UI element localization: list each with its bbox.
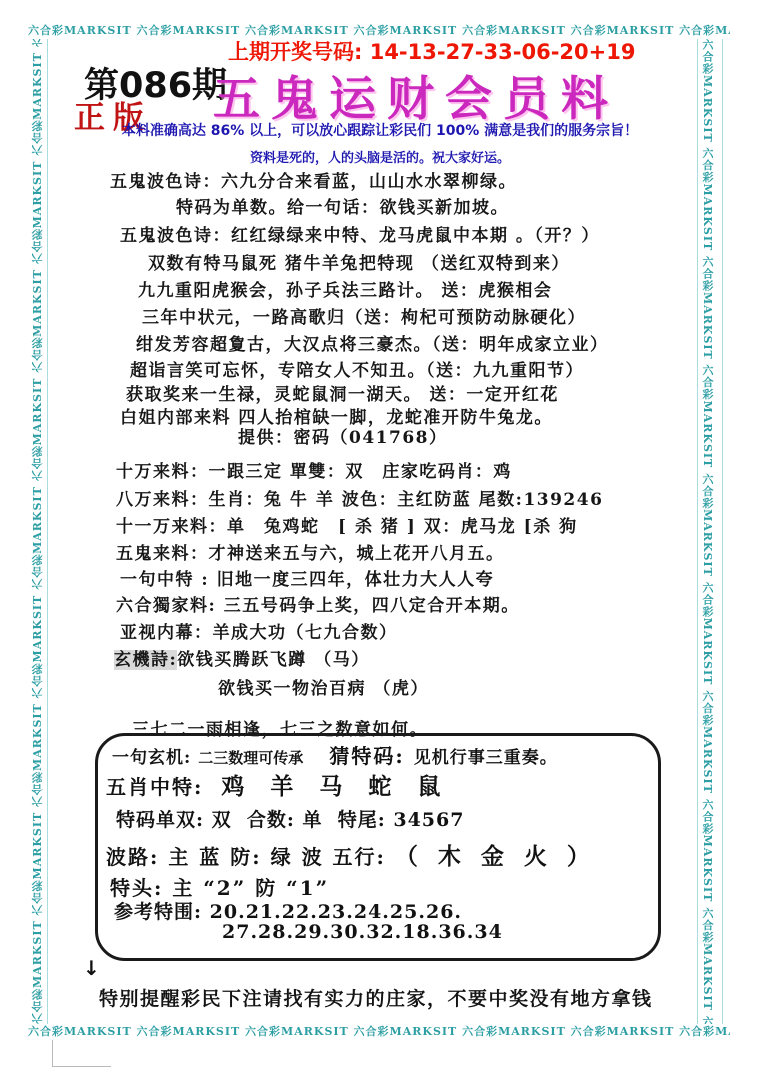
box-line-segment: 鸡 羊 马 蛇 鼠 <box>221 773 449 800</box>
box-line-segment: 20.21.22.23.24.25.26. <box>210 901 462 923</box>
outer-frame-line-right <box>722 39 723 1024</box>
box-line-segment: 特码单双: 双 合数: 单 特尾: 34567 <box>116 809 464 831</box>
box-line-segment: 参考特围: <box>114 901 210 923</box>
body-line-3: 五鬼波色诗：红红绿绿来中特、龙马虎鼠中本期 。（开？） <box>120 221 600 246</box>
body-line-17: 六合獨家料: 三五号码争上奖，四八定合开本期。 <box>116 591 520 616</box>
body-line-1: 五鬼波色诗：六九分合来看蓝，山山水水翠柳绿。 <box>110 167 517 192</box>
inner-frame-line-right <box>697 39 698 1024</box>
box-line-4: 波路: 主 蓝 防: 绿 波 五行: （ 木 金 火 ） <box>106 838 596 871</box>
body-line-19: 玄機詩:欲钱买腾跃飞蹲 （马） <box>114 645 370 670</box>
box-line-segment: 波路: 主 蓝 防: 绿 波 五行: <box>106 845 395 869</box>
box-line-3: 特码单双: 双 合数: 单 特尾: 34567 <box>116 805 464 832</box>
box-line-6: 参考特围: 20.21.22.23.24.25.26. <box>114 897 462 924</box>
down-arrow-icon: ↓ <box>83 956 100 980</box>
body-line-18: 亚视内幕：羊成大功（七九合数） <box>120 618 398 643</box>
box-line-2: 五肖中特: 鸡 羊 马 蛇 鼠 <box>106 768 449 801</box>
body-line-14: 十一万来料：单 兔鸡蛇 [ 杀 猪 ] 双：虎马龙 [杀 狗 <box>116 512 578 537</box>
box-line-1: 一句玄机: 二三数理可传承 猜特码: 见机行事三重奏。 <box>112 740 558 769</box>
box-line-segment: 五肖中特: <box>106 775 221 799</box>
body-line-8: 超诣言笑可忘怀，专陪女人不知丑。（送：九九重阳节） <box>130 356 584 381</box>
body-line-16: 一句中特 : 旧地一度三四年，体壮力大人人夸 <box>120 565 494 590</box>
body-line-13: 八万来料：生肖：兔 牛 羊 波色：主红防蓝 尾数:139246 <box>116 485 603 510</box>
border-left-marksit: 六合彩MARKSIT 六合彩MARKSIT 六合彩MARKSIT 六合彩MARK… <box>29 39 46 1024</box>
box-line-segment <box>303 749 329 767</box>
body-line-9: 获取奖来一生禄，灵蛇鼠洞一湖天。 送：一定开红花 <box>126 380 559 405</box>
lottery-sheet-page: 六合彩MARKSIT 六合彩MARKSIT 六合彩MARKSIT 六合彩MARK… <box>0 0 774 1083</box>
body-line-5: 九九重阳虎猴会，孙子兵法三路计。 送：虎猴相会 <box>138 276 552 301</box>
body-line-20: 欲钱买一物治百病 （虎） <box>218 674 429 699</box>
box-line-segment: 27.28.29.30.32.18.36.34 <box>222 921 503 943</box>
body-line-12: 十万来料：一跟三定 單雙：双 庄家吃码肖：鸡 <box>116 457 512 482</box>
luck-slogan: 资料是死的，人的头脑是活的。祝大家好运。 <box>60 147 700 166</box>
box-line-segment: 猜特码: <box>329 744 413 768</box>
inner-frame-line-left <box>47 39 48 1024</box>
bottom-warning: 特别提醒彩民下注请找有实力的庄家，不要中奖没有地方拿钱 <box>99 984 653 1011</box>
box-line-segment: 二三数理可传承 <box>198 749 303 767</box>
body-line-11: 提供：密码（041768） <box>238 423 447 448</box>
border-bottom-marksit: 六合彩MARKSIT 六合彩MARKSIT 六合彩MARKSIT 六合彩MARK… <box>28 1024 730 1040</box>
scan-artifact-line <box>52 1040 111 1067</box>
highlighted-label: 玄機詩: <box>114 650 177 670</box>
body-line-15: 五鬼来料：才神送来五与六，城上花开八月五。 <box>116 539 505 564</box>
body-line-2: 特码为单数。给一句话：欲钱买新加坡。 <box>176 193 509 218</box>
page-title: 五鬼运财会员料 <box>213 62 619 129</box>
body-line-7: 绀发芳容超夐古，大汉点将三豪杰。（送：明年成家立业） <box>136 330 609 355</box>
body-line-6: 三年中状元，一路高歌归（送：枸杞可预防动脉硬化） <box>142 303 586 328</box>
body-line-4: 双数有特马鼠死 猪牛羊兔把特现 （送红双特到来） <box>148 249 570 274</box>
box-line-7: 27.28.29.30.32.18.36.34 <box>222 921 503 943</box>
accuracy-slogan: 本料准确高达 86% 以上，可以放心跟踪让彩民们 100% 满意是我们的服务宗旨… <box>60 120 700 140</box>
box-line-segment: 见机行事三重奏。 <box>414 748 558 768</box>
box-line-segment: （ 木 金 火 ） <box>395 843 596 870</box>
box-line-segment: 一句玄机: <box>112 748 198 768</box>
border-right-marksit: 六合彩MARKSIT 六合彩MARKSIT 六合彩MARKSIT 六合彩MARK… <box>699 39 716 1024</box>
